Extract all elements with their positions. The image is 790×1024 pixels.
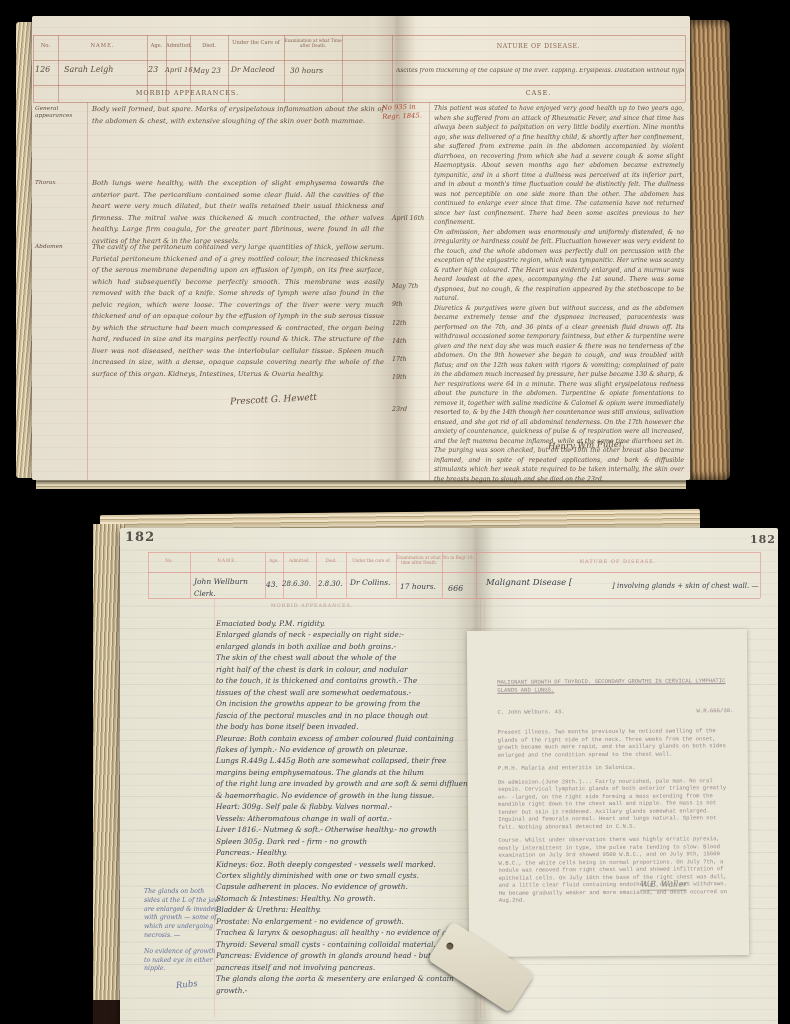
table-border xyxy=(33,35,685,36)
column-header-no: No. xyxy=(148,558,190,563)
nature-of-disease-header: NATURE OF DISEASE. xyxy=(476,559,760,566)
morbid-appearances-header: MORBID APPEARANCES. xyxy=(148,604,476,609)
page-number-left: 182 xyxy=(125,530,155,545)
value-reg-no: 666 xyxy=(448,584,476,593)
case-paragraph: Diuretics & purgatives were given but wi… xyxy=(434,304,684,485)
morbid-appearances-header: MORBID APPEARANCES. xyxy=(33,89,342,97)
margin-date: May 7th xyxy=(392,282,428,292)
note-line: Spleen 305g. Dark red - firm - no growth xyxy=(216,836,478,847)
report-title-line2: GLANDS AND LUNGS. xyxy=(497,685,733,694)
top-register-spread: No. NAME. Age. Admitted. Died. Under the… xyxy=(32,16,690,480)
case-narrative: This patient was stated to have enjoyed … xyxy=(434,104,684,484)
margin-date: April 16th xyxy=(392,214,428,224)
report-paragraph-text: Whilst under observation there was highl… xyxy=(498,835,727,904)
value-admitted: April 16 xyxy=(165,67,193,74)
report-signature: W.E. Waller xyxy=(641,879,687,890)
margin-rule xyxy=(87,102,88,480)
column-header-died: Died. xyxy=(316,558,346,563)
value-admitted: 28.6.30. xyxy=(282,580,322,588)
note-line: right half of the chest is dark in colou… xyxy=(216,664,478,675)
table-border xyxy=(148,572,760,573)
report-paragraph-label: Course. xyxy=(498,837,522,844)
report-reference: W.R.666/30. xyxy=(696,707,733,715)
value-under-care: Dr Macleod xyxy=(231,66,285,73)
column-header-care: Under the Care of xyxy=(228,40,284,47)
table-border xyxy=(33,60,685,61)
column-header-reg-no: No in Regr 19.. xyxy=(442,555,476,560)
report-paragraph: Present illness. Two months previously h… xyxy=(498,727,734,759)
note-line: Stomach & Intestines: Healthy. No growth… xyxy=(216,893,478,904)
column-header-exam-time: Examination at what time after Death. xyxy=(396,555,442,566)
note-line: Emaciated body. P.M. rigidity. xyxy=(216,618,478,629)
margin-notes: The glands on both sides at the L of the… xyxy=(144,888,220,974)
value-name: Sarah Leigh xyxy=(64,66,147,74)
morbid-section-label: Abdomen xyxy=(35,244,86,251)
top-book-page-edges-right xyxy=(688,20,730,480)
table-border xyxy=(342,35,343,102)
case-paragraph: This patient was stated to have enjoyed … xyxy=(434,104,684,228)
note-line: Enlarged glands of neck - especially on … xyxy=(216,629,478,640)
value-age: 23 xyxy=(148,66,166,74)
column-header-name: NAME. xyxy=(190,558,265,563)
column-header-exam-time: Examination at what Time after Death. xyxy=(284,39,342,50)
report-paragraph: Course. Whilst under observation there w… xyxy=(498,835,734,904)
note-line: Kidneys: 6oz. Both deeply congested - ve… xyxy=(216,859,478,870)
note-line: Lungs R.449g L.445g Both are somewhat co… xyxy=(216,755,478,766)
report-paragraph: On admission.(June 28th.)... Fairly nour… xyxy=(498,777,734,831)
value-name: John Wellburn xyxy=(194,577,266,586)
morbid-section-text: Both lungs were healthy, with the except… xyxy=(92,178,384,247)
table-border xyxy=(148,598,760,599)
note-line: Prostate: No enlargement - no evidence o… xyxy=(216,916,478,927)
note-line: enlarged glands in both axillae and both… xyxy=(216,641,478,652)
page-number-right: 182 xyxy=(750,533,776,546)
column-header-age: Age. xyxy=(265,558,283,563)
note-line: Capsule adherent in places. No evidence … xyxy=(216,881,478,892)
tag-hole xyxy=(445,941,455,951)
margin-date: 23rd xyxy=(392,405,428,415)
note-line: margins being emphysematous. The glands … xyxy=(216,767,478,778)
note-line: Cortex slightly diminished with one or t… xyxy=(216,870,478,881)
column-header-age: Age. xyxy=(147,43,166,50)
report-paragraph-label: On admission.(June 28th.)... xyxy=(498,778,592,786)
value-nature-of-disease: Ascites from thickening of the capsule o… xyxy=(396,68,684,74)
morbid-section-text: The cavity of the peritoneum contained v… xyxy=(92,242,384,380)
note-line: On incision the growths appear to be gro… xyxy=(216,698,478,709)
report-paragraph-text: Fairly nourished, pale man. No oral seps… xyxy=(498,777,726,830)
value-exam-time: 30 hours xyxy=(290,67,342,74)
value-died: 2.8.30. xyxy=(318,580,352,588)
note-line: flakes of lymph.- No evidence of growth … xyxy=(216,744,478,755)
column-header-care: Under the care of xyxy=(346,558,396,563)
report-patient-line: C. John Welburn. 43. W.R.666/30. xyxy=(497,707,733,716)
margin-rule xyxy=(429,102,430,480)
column-header-died: Died. xyxy=(190,43,228,50)
morbid-section-label: General appearances xyxy=(35,106,86,120)
report-patient: C. John Welburn. 43. xyxy=(497,708,564,716)
note-line: The glands along the aorta & mesentery a… xyxy=(216,973,478,984)
note-line: growth.- xyxy=(216,985,478,996)
morbid-section-label: Thorax xyxy=(35,180,86,187)
value-under-care: Dr Collins. xyxy=(350,578,398,587)
value-occupation: Clerk. xyxy=(194,590,254,598)
note-line: Bladder & Urethra: Healthy. xyxy=(216,904,478,915)
case-header: CASE. xyxy=(392,89,685,97)
report-body: Present illness. Two months previously h… xyxy=(498,727,735,910)
value-nature-of-disease-right: ] involving glands + skin of chest wall.… xyxy=(612,582,762,590)
note-line: Trachea & larynx & oesophagus: all healt… xyxy=(216,927,478,938)
typed-post-mortem-report: MALIGNANT GROWTH OF THYROID. SECONDARY G… xyxy=(467,629,749,957)
note-line: fascia of the pectoral muscles and in no… xyxy=(216,710,478,721)
table-border xyxy=(33,85,685,86)
margin-date: 19th xyxy=(392,373,428,383)
note-line: to the touch, it is thickened and contai… xyxy=(216,675,478,686)
note-line: tissues of the chest wall are somewhat o… xyxy=(216,687,478,698)
value-died: May 23 xyxy=(193,67,229,74)
note-line: Liver 1816.- Nutmeg & soft.- Otherwise h… xyxy=(216,824,478,835)
margin-note: The glands on both sides at the L of the… xyxy=(144,888,220,941)
case-paragraph: On admission, her abdomen was enormously… xyxy=(434,228,684,304)
nature-of-disease-header: NATURE OF DISEASE. xyxy=(392,43,685,51)
value-nature-of-disease-left: Malignant Disease [ xyxy=(486,578,606,588)
report-paragraph-label: P.M.H. xyxy=(498,765,518,772)
column-header-no: No. xyxy=(33,43,58,50)
table-border xyxy=(33,102,685,103)
note-line: the body has bone itself been invaded. xyxy=(216,721,478,732)
report-paragraph-text: Malaria and enteritis in Salonica. xyxy=(521,764,635,772)
margin-date: 14th xyxy=(392,337,428,347)
margin-note: No evidence of growth to naked eye in ei… xyxy=(144,948,220,974)
column-header-name: NAME. xyxy=(58,43,147,50)
report-paragraph-label: Present illness. xyxy=(498,728,552,735)
note-line: The skin of the chest wall about the who… xyxy=(216,652,478,663)
table-border xyxy=(148,552,760,553)
photograph-of-registers: No. NAME. Age. Admitted. Died. Under the… xyxy=(0,0,790,1024)
note-line: Pancreas.- Healthy. xyxy=(216,847,478,858)
column-header-admitted: Admitted. xyxy=(166,43,190,50)
value-no: 126 xyxy=(35,66,58,74)
margin-date: 9th xyxy=(392,300,428,310)
note-line: & haemorrhagic. No evidence of growth in… xyxy=(216,790,478,801)
note-line: Heart: 309g. Self pale & flabby. Valves … xyxy=(216,801,478,812)
margin-date: 12th xyxy=(392,319,428,329)
table-border xyxy=(685,35,686,102)
margin-date: 17th xyxy=(392,355,428,365)
column-header-admitted: Admitted. xyxy=(283,558,316,563)
note-line: Pleurae: Both contain excess of amber co… xyxy=(216,733,478,744)
report-title: MALIGNANT GROWTH OF THYROID. SECONDARY G… xyxy=(497,677,733,694)
note-line: Vessels: Atheromatous change in wall of … xyxy=(216,813,478,824)
morbid-section-text: Body well formed, but spare. Marks of er… xyxy=(92,104,384,127)
case-margin-dates: April 16thMay 7th9th12th14th17th19th23rd xyxy=(392,104,428,415)
post-mortem-notes: Emaciated body. P.M. rigidity.Enlarged g… xyxy=(216,618,478,996)
note-line: of the right lung are invaded by growth … xyxy=(216,778,478,789)
report-paragraph: P.M.H. Malaria and enteritis in Salonica… xyxy=(498,763,734,772)
value-exam-time: 17 hours. xyxy=(400,582,444,591)
table-border xyxy=(760,552,761,598)
